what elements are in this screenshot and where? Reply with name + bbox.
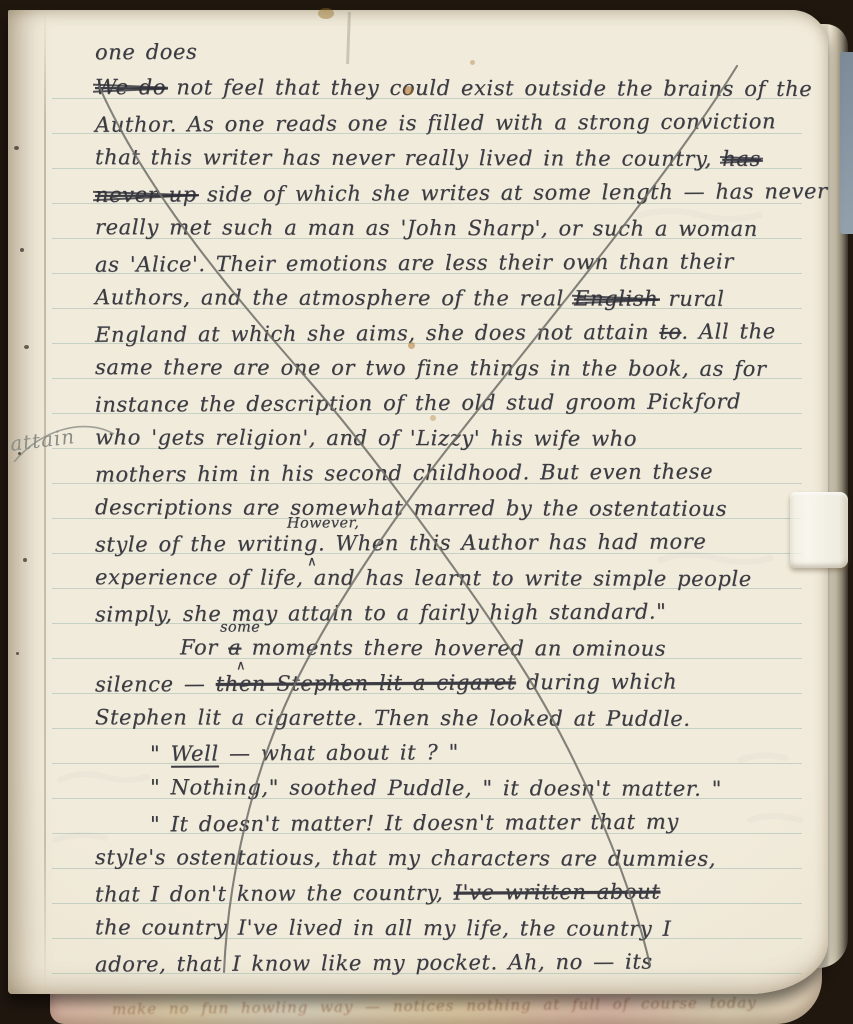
text-segment: . All the <box>681 319 776 343</box>
text-segment: " It doesn't matter! It doesn't matter t… <box>150 810 679 837</box>
text-segment: descriptions are somewhat marred by the … <box>95 495 727 521</box>
text-segment: simply, she may attain to a fairly high … <box>95 600 667 627</box>
inserted-word: However, <box>287 515 359 531</box>
stain <box>470 60 475 65</box>
text-segment: silence — <box>95 672 216 697</box>
manuscript-line: style's ostentatious, that my characters… <box>95 845 716 871</box>
text-segment: " <box>150 742 171 766</box>
manuscript-line: descriptions are somewhat marred by the … <box>95 495 727 521</box>
text-segment: adore, that I know like my pocket. Ah, n… <box>95 950 653 977</box>
manuscript-line: that I don't know the country, I've writ… <box>95 880 660 907</box>
manuscript-line: same there are one or two fine things in… <box>95 355 767 381</box>
manuscript-line: that this writer has never really lived … <box>95 145 761 171</box>
manuscript-line: experience of life, and has learnt to wr… <box>95 565 752 591</box>
ink-speck <box>20 248 24 252</box>
manuscript-line: " Nothing," soothed Puddle, " it doesn't… <box>150 775 722 800</box>
stain <box>430 415 436 421</box>
text-segment: that this writer has never really lived … <box>95 145 722 171</box>
manuscript-line: mothers him in his second childhood. But… <box>95 459 713 486</box>
index-tab <box>790 492 848 568</box>
text-segment: not feel that they could exist outside t… <box>166 75 812 101</box>
ink-speck <box>23 558 27 562</box>
text-segment: — what about it ? " <box>219 740 459 765</box>
manuscript-line: Authors, and the atmosphere of the real … <box>95 285 724 311</box>
text-segment: who 'gets religion', and of 'Lizzy' his … <box>95 425 637 450</box>
manuscript-line: " Well — what about it ? " <box>150 740 459 766</box>
ink-speck <box>18 452 21 455</box>
stain <box>404 86 413 95</box>
text-segment: style's ostentatious, that my characters… <box>95 845 716 871</box>
text-segment: that I don't know the country, <box>95 881 454 907</box>
struck-text-segment: I've written about <box>454 880 661 905</box>
ghost-text: make no fun howling way — notices nothin… <box>112 994 752 1019</box>
manuscript-line: who 'gets religion', and of 'Lizzy' his … <box>95 425 637 450</box>
background-object <box>840 52 853 234</box>
text-segment: same there are one or two fine things in… <box>95 355 767 381</box>
text-segment: during which <box>516 669 677 694</box>
text-segment: experience of life, and has learnt to wr… <box>95 565 752 591</box>
text-segment: Author. As one reads one is filled with … <box>95 109 776 137</box>
text-segment: Stephen lit a cigarette. Then she looked… <box>95 705 691 731</box>
text-segment: " Nothing," soothed Puddle, " it doesn't… <box>150 775 722 800</box>
spine-crease <box>44 10 46 994</box>
text-segment: side of which she writes at some length … <box>197 179 828 206</box>
inserted-word: some <box>220 619 260 635</box>
manuscript-line: Stephen lit a cigarette. Then she looked… <box>95 705 691 731</box>
manuscript-line: Author. As one reads one is filled with … <box>95 109 776 137</box>
manuscript-line: really met such a man as 'John Sharp', o… <box>95 215 758 241</box>
manuscript-line: silence — then Stephen lit a cigaret dur… <box>95 669 677 696</box>
manuscript-line: " It doesn't matter! It doesn't matter t… <box>150 810 679 837</box>
text-segment: one does <box>95 40 197 65</box>
manuscript-line: adore, that I know like my pocket. Ah, n… <box>95 950 653 977</box>
manuscript-line: the country I've lived in all my life, t… <box>95 915 671 941</box>
text-segment: For <box>180 635 228 659</box>
manuscript-line: one does <box>95 40 197 65</box>
text-segment: England at which she aims, she does not … <box>95 320 659 347</box>
stain <box>408 342 415 349</box>
manuscript-photo: make no fun howling way — notices nothin… <box>0 0 853 1024</box>
manuscript-line: For asome∧ moments there hovered an omin… <box>180 635 666 660</box>
text-segment: mothers him in his second childhood. But… <box>95 459 713 486</box>
stain <box>318 8 334 19</box>
text-segment: Authors, and the atmosphere of the real <box>95 285 574 310</box>
struck-text-segment: English <box>574 286 658 310</box>
manuscript-line: We do not feel that they could exist out… <box>95 75 812 101</box>
ink-speck <box>16 652 19 655</box>
text-segment: instance the description of the old stud… <box>95 389 741 416</box>
manuscript-line: style of the writing. However,∧When this… <box>95 529 707 556</box>
struck-text-segment: to <box>659 320 681 344</box>
ink-speck <box>14 146 19 150</box>
manuscript-line: as 'Alice'. Their emotions are less thei… <box>95 249 734 276</box>
text-segment: moments there hovered an ominous <box>241 636 666 661</box>
text-segment: the country I've lived in all my life, t… <box>95 915 671 941</box>
ink-speck <box>24 345 29 349</box>
struck-text-segment: a <box>228 635 241 659</box>
manuscript-line: simply, she may attain to a fairly high … <box>95 600 667 627</box>
struck-text-segment: has <box>722 147 761 171</box>
struck-text-segment: never up <box>95 182 197 207</box>
struck-text-segment: then Stephen lit a cigaret <box>216 670 516 696</box>
struck-text-segment: We do <box>95 75 166 99</box>
text-segment: When this Author has had more <box>335 529 706 555</box>
text-segment: as 'Alice'. Their emotions are less thei… <box>95 249 734 276</box>
text-segment: rural <box>658 287 724 311</box>
manuscript-line: England at which she aims, she does not … <box>95 319 776 347</box>
manuscript-line: instance the description of the old stud… <box>95 389 741 416</box>
text-segment: style of the writing. <box>95 531 336 556</box>
struck-text-segment: Well <box>170 741 218 767</box>
text-segment: really met such a man as 'John Sharp', o… <box>95 215 758 241</box>
manuscript-line: never up side of which she writes at som… <box>95 179 828 207</box>
